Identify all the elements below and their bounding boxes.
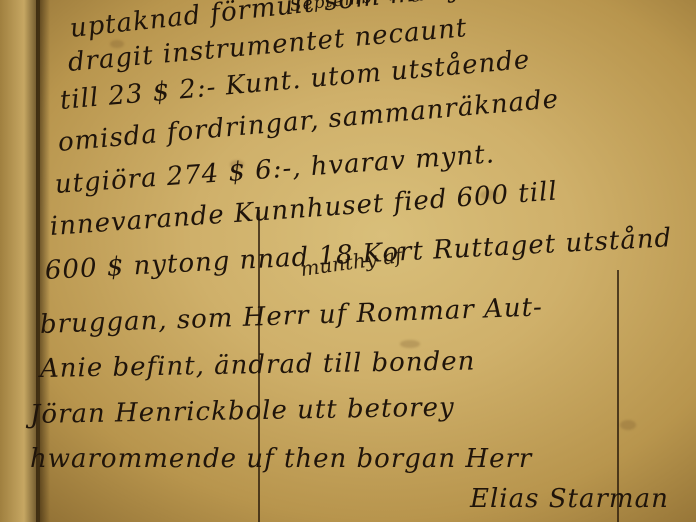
manuscript-line-13: Elias Starman bbox=[470, 484, 669, 514]
manuscript-line-10: Anie befint, ändrad till bonden bbox=[40, 346, 476, 384]
manuscript-line-9: bruggan, som Herr uf Rommar Aut- bbox=[39, 292, 543, 340]
manuscript-page: Septembr begångna 20. dagen uptaknad för… bbox=[0, 0, 696, 522]
manuscript-line-11: Jöran Henrickbole utt betorey bbox=[30, 393, 455, 430]
manuscript-line-12: hwarommende uf then borgan Herr bbox=[30, 444, 532, 474]
ink-stain bbox=[620, 420, 636, 430]
